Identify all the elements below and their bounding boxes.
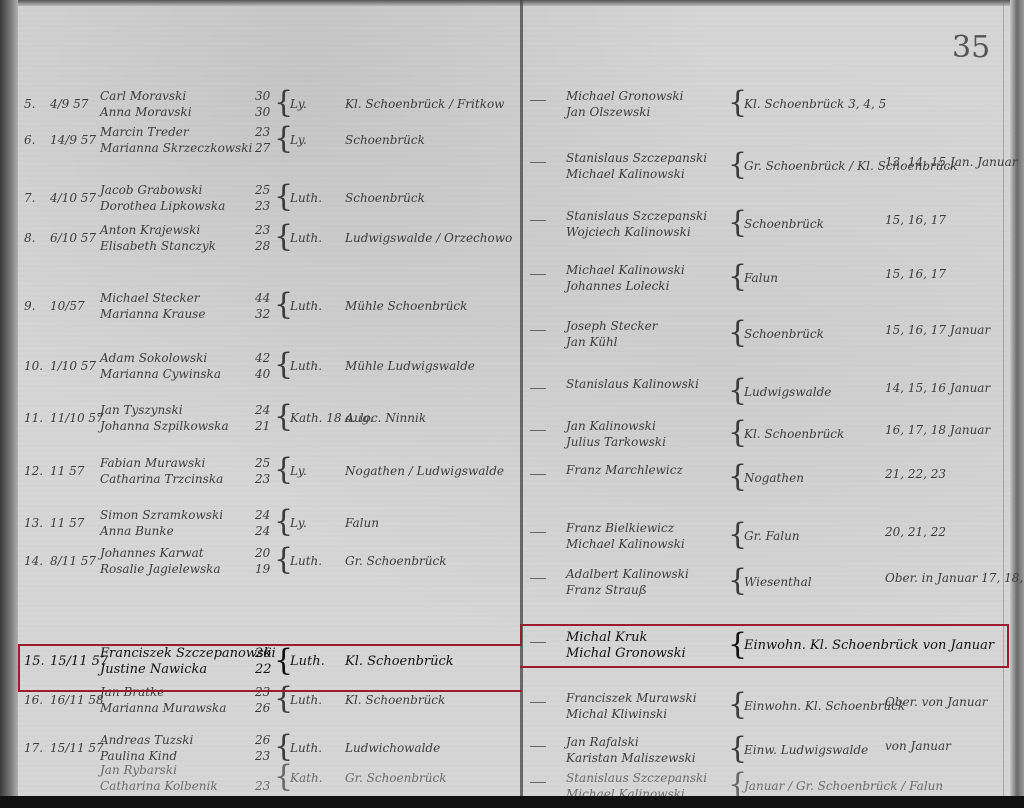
witness-1-name: Franz Marchlewicz — [566, 462, 683, 478]
religion-status: Luth. — [290, 230, 322, 246]
witness-entry: Adalbert KalinowskiFranz Strauß{Wiesenth… — [530, 566, 1000, 600]
row-dash-mark — [530, 100, 546, 101]
row-dash-mark — [530, 746, 546, 747]
witness-entry: Jan KalinowskiJulius Tarkowski{Kl. Schoe… — [530, 418, 1000, 452]
witness-1-name: Jan Rafalski — [566, 734, 639, 750]
groom-age: 23 — [255, 124, 270, 140]
entry-date: 15/11 57 — [50, 740, 104, 756]
witness-entry: Franciszek MurawskiMichal Kliwinski{Einw… — [530, 690, 1000, 724]
residence-place: Ludwigswalde / Orzechowo — [345, 230, 512, 246]
religion-status: Luth. — [290, 553, 322, 569]
register-entry: 13.11 57Simon SzramkowskiAnna Bunke2424{… — [0, 507, 510, 541]
entry-date: 11 57 — [50, 515, 84, 531]
bride-name: Johanna Szpilkowska — [100, 418, 229, 434]
entry-number: 17. — [24, 740, 43, 756]
groom-age: 25 — [255, 455, 270, 471]
groom-name: Franciszek Szczepanowski — [100, 646, 276, 662]
banns-note: Einw. Ludwigswalde — [744, 742, 868, 758]
witness-2-name: Franz Strauß — [566, 582, 647, 598]
banns-note: Schoenbrück — [744, 326, 824, 342]
entry-date: 16/11 58 — [50, 692, 104, 708]
entry-number: 8. — [24, 230, 35, 246]
banns-dates: 15, 16, 17 — [885, 212, 946, 228]
bride-age: 40 — [255, 366, 270, 382]
bride-name: Marianna Krause — [100, 306, 205, 322]
witness-entry-highlighted: Michal KrukMichal Gronowski{Einwohn. Kl.… — [530, 630, 1000, 664]
witness-2-name: Michael Kalinowski — [566, 166, 685, 182]
banns-note: Schoenbrück — [744, 216, 824, 232]
bride-age: 19 — [255, 561, 270, 577]
entry-date: 10/57 — [50, 298, 85, 314]
groom-name: Anton Krajewski — [100, 222, 200, 238]
witness-2-name: Michael Kalinowski — [566, 536, 685, 552]
bride-age: 26 — [255, 700, 270, 716]
witness-entry: Michael KalinowskiJohannes Lolecki{Falun… — [530, 262, 1000, 296]
bride-name: Dorothea Lipkowska — [100, 198, 225, 214]
groom-age: 42 — [255, 350, 270, 366]
witness-1-name: Stanislaus Szczepanski — [566, 150, 707, 166]
religion-status: Ly. — [290, 96, 307, 112]
residence-place: Ludwichowalde — [345, 740, 440, 756]
residence-place: Schoenbrück — [345, 190, 425, 206]
bride-name: Anna Moravski — [100, 104, 192, 120]
register-entry: 11.11/10 57Jan TyszynskiJohanna Szpilkow… — [0, 402, 510, 436]
banns-note: Gr. Falun — [744, 528, 800, 544]
witness-1-name: Michael Gronowski — [566, 88, 684, 104]
witness-2-name: Michal Kliwinski — [566, 706, 667, 722]
groom-name: Adam Sokolowski — [100, 350, 207, 366]
groom-age: 23 — [255, 684, 270, 700]
witness-entry: Franz BielkiewiczMichael Kalinowski{Gr. … — [530, 520, 1000, 554]
witness-entry: Stanislaus SzczepanskiMichael Kalinowski… — [530, 150, 1000, 184]
witness-1-name: Franciszek Murawski — [566, 690, 697, 706]
banns-note: Einwohn. Kl. Schoenbrück — [744, 698, 905, 714]
witness-1-name: Jan Kalinowski — [566, 418, 656, 434]
entry-number: 14. — [24, 553, 43, 569]
entry-date: 4/10 57 — [50, 190, 96, 206]
banns-note: Januar / Gr. Schoenbrück / Falun — [744, 778, 943, 794]
groom-age: 26 — [255, 646, 272, 662]
witness-entry: Franz Marchlewicz{Nogathen21, 22, 23 — [530, 462, 1000, 496]
bride-name: Marianna Cywinska — [100, 366, 221, 382]
bride-name: Catharina Trzcinska — [100, 471, 223, 487]
bride-age: 24 — [255, 523, 270, 539]
banns-dates: 16, 17, 18 Januar — [885, 422, 990, 438]
entry-date: 1/10 57 — [50, 358, 96, 374]
page-top-edge — [0, 0, 1024, 6]
register-entry: 6.14/9 57Marcin TrederMarianna Skrzeczko… — [0, 124, 510, 158]
register-entry: 17.15/11 57Andreas TuzskiPaulina Kind262… — [0, 732, 510, 766]
witness-2-name: Michal Gronowski — [566, 646, 686, 662]
residence-place: Gr. Schoenbrück — [345, 553, 447, 569]
entry-date: 6/10 57 — [50, 230, 96, 246]
entry-date: 14/9 57 — [50, 132, 96, 148]
religion-status: Luth. — [290, 358, 322, 374]
bride-name: Catharina Kolbenik — [100, 778, 218, 794]
entry-number: 5. — [24, 96, 35, 112]
groom-age: 24 — [255, 402, 270, 418]
religion-status: Luth. — [290, 692, 322, 708]
entry-number: 6. — [24, 132, 35, 148]
groom-name: Carl Moravski — [100, 88, 186, 104]
row-dash-mark — [530, 642, 546, 643]
entry-date: 11 57 — [50, 463, 84, 479]
witness-1-name: Stanislaus Szczepanski — [566, 208, 707, 224]
register-entry-highlighted: 15.15/11 57Franciszek SzczepanowskiJusti… — [0, 646, 510, 680]
groom-name: Andreas Tuzski — [100, 732, 193, 748]
groom-name: Michael Stecker — [100, 290, 199, 306]
row-dash-mark — [530, 162, 546, 163]
groom-name: Jan Rybarski — [100, 762, 177, 778]
bride-age: 30 — [255, 104, 270, 120]
register-entry: 9.10/57Michael SteckerMarianna Krause443… — [0, 290, 510, 324]
banns-dates: 20, 21, 22 — [885, 524, 946, 540]
bride-age: 28 — [255, 238, 270, 254]
entry-number: 12. — [24, 463, 43, 479]
religion-status: Ly. — [290, 463, 307, 479]
bride-age: 23 — [255, 778, 270, 794]
register-entry: 8.6/10 57Anton KrajewskiElisabeth Stancz… — [0, 222, 510, 256]
witness-2-name: Jan Olszewski — [566, 104, 650, 120]
witness-entry: Jan RafalskiKaristan Maliszewski{Einw. L… — [530, 734, 1000, 768]
witness-2-name: Johannes Lolecki — [566, 278, 669, 294]
witness-1-name: Joseph Stecker — [566, 318, 658, 334]
banns-note: Kl. Schoenbrück 3, 4, 5 — [744, 96, 886, 112]
margin-ruling-line — [1003, 0, 1004, 800]
banns-note: Wiesenthal — [744, 574, 812, 590]
entry-date: 8/11 57 — [50, 553, 96, 569]
residence-place: Falun — [345, 515, 379, 531]
witness-entry: Joseph SteckerJan Kühl{Schoenbrück15, 16… — [530, 318, 1000, 352]
groom-age: 24 — [255, 507, 270, 523]
banns-note: Einwohn. Kl. Schoenbrück von Januar — [744, 638, 994, 654]
register-entry: 12.11 57Fabian MurawskiCatharina Trzcins… — [0, 455, 510, 489]
banns-dates: Ober. in Januar 17, 18, 19 — [885, 570, 1024, 586]
row-dash-mark — [530, 220, 546, 221]
groom-age: 20 — [255, 545, 270, 561]
row-dash-mark — [530, 782, 546, 783]
groom-name: Jan Bratke — [100, 684, 164, 700]
bride-name: Elisabeth Stanczyk — [100, 238, 216, 254]
row-dash-mark — [530, 274, 546, 275]
row-dash-mark — [530, 532, 546, 533]
groom-age: 23 — [255, 222, 270, 238]
witness-1-name: Adalbert Kalinowski — [566, 566, 689, 582]
residence-place: Kl. Schoenbrück / Fritkow — [345, 96, 504, 112]
row-dash-mark — [530, 474, 546, 475]
register-entry: 5.4/9 57Carl MoravskiAnna Moravski3030{L… — [0, 88, 510, 122]
entry-number: 11. — [24, 410, 43, 426]
entry-number: 9. — [24, 298, 35, 314]
witness-1-name: Franz Bielkiewicz — [566, 520, 674, 536]
religion-status: Ly. — [290, 515, 307, 531]
page-right-edge — [1010, 0, 1024, 802]
bride-name: Anna Bunke — [100, 523, 174, 539]
entry-number: 16. — [24, 692, 43, 708]
bride-age: 22 — [255, 662, 272, 678]
residence-place: Mühle Ludwigswalde — [345, 358, 475, 374]
religion-status: Luth. — [290, 298, 322, 314]
book-gutter-divider — [520, 0, 523, 800]
bride-age: 32 — [255, 306, 270, 322]
banns-dates: 15, 16, 17 Januar — [885, 322, 990, 338]
witness-2-name: Jan Kühl — [566, 334, 618, 350]
row-dash-mark — [530, 702, 546, 703]
register-entry: 7.4/10 57Jacob GrabowskiDorothea Lipkows… — [0, 182, 510, 216]
religion-status: Luth. — [290, 740, 322, 756]
row-dash-mark — [530, 430, 546, 431]
banns-note: Ludwigswalde — [744, 384, 831, 400]
residence-place: Nogathen / Ludwigswalde — [345, 463, 504, 479]
row-dash-mark — [530, 330, 546, 331]
witness-1-name: Stanislaus Szczepanski — [566, 770, 707, 786]
banns-dates: Ober. von Januar — [885, 694, 988, 710]
witness-2-name: Julius Tarkowski — [566, 434, 666, 450]
witness-1-name: Stanislaus Kalinowski — [566, 376, 699, 392]
banns-dates: 15, 16, 17 — [885, 266, 946, 282]
residence-place: Kl. Schoenbrück — [345, 654, 454, 670]
bride-age: 27 — [255, 140, 270, 156]
register-entry: 14.8/11 57Johannes KarwatRosalie Jagiele… — [0, 545, 510, 579]
page-bottom-edge — [0, 796, 1024, 808]
groom-name: Simon Szramkowski — [100, 507, 223, 523]
entry-date: 11/10 57 — [50, 410, 104, 426]
bride-age: 23 — [255, 471, 270, 487]
entry-date: 4/9 57 — [50, 96, 88, 112]
entry-number: 10. — [24, 358, 43, 374]
banns-dates: 13, 14, 15 Jan. Januar — [885, 154, 1018, 170]
residence-place: Gr. Schoenbrück — [345, 770, 447, 786]
witness-1-name: Michael Kalinowski — [566, 262, 685, 278]
groom-age: 26 — [255, 732, 270, 748]
banns-dates: 21, 22, 23 — [885, 466, 946, 482]
groom-name: Jacob Grabowski — [100, 182, 202, 198]
register-entry: 16.16/11 58Jan BratkeMarianna Murawska23… — [0, 684, 510, 718]
entry-number: 7. — [24, 190, 35, 206]
witness-2-name: Karistan Maliszewski — [566, 750, 696, 766]
groom-name: Jan Tyszynski — [100, 402, 183, 418]
groom-name: Fabian Murawski — [100, 455, 205, 471]
religion-status: Kath. — [290, 770, 322, 786]
row-dash-mark — [530, 388, 546, 389]
groom-age: 25 — [255, 182, 270, 198]
residence-place: Kl. Schoenbrück — [345, 692, 445, 708]
religion-status: Luth. — [290, 654, 325, 670]
groom-name: Marcin Treder — [100, 124, 189, 140]
banns-note: Nogathen — [744, 470, 804, 486]
banns-dates: 14, 15, 16 Januar — [885, 380, 990, 396]
bride-age: 23 — [255, 198, 270, 214]
witness-entry: Michael GronowskiJan Olszewski{Kl. Schoe… — [530, 88, 1000, 122]
register-book-scan: 35 5.4/9 57Carl MoravskiAnna Moravski303… — [0, 0, 1024, 802]
groom-age: 30 — [255, 88, 270, 104]
religion-status: Ly. — [290, 132, 307, 148]
entry-number: 15. — [24, 654, 45, 670]
banns-note: Kl. Schoenbrück — [744, 426, 844, 442]
page-number: 35 — [952, 30, 990, 65]
witness-2-name: Wojciech Kalinowski — [566, 224, 691, 240]
witness-entry: Stanislaus Kalinowski{Ludwigswalde14, 15… — [530, 376, 1000, 410]
banns-dates: von Januar — [885, 738, 951, 754]
bride-name: Justine Nawicka — [100, 662, 207, 678]
residence-place: Mühle Schoenbrück — [345, 298, 467, 314]
groom-age: 44 — [255, 290, 270, 306]
witness-1-name: Michal Kruk — [566, 630, 647, 646]
banns-note: Falun — [744, 270, 778, 286]
bride-name: Rosalie Jagielewska — [100, 561, 221, 577]
register-entry: 10.1/10 57Adam SokolowskiMarianna Cywins… — [0, 350, 510, 384]
residence-place: a. loc. Ninnik — [345, 410, 426, 426]
groom-name: Johannes Karwat — [100, 545, 204, 561]
bride-name: Marianna Murawska — [100, 700, 226, 716]
row-dash-mark — [530, 578, 546, 579]
witness-entry: Stanislaus SzczepanskiWojciech Kalinowsk… — [530, 208, 1000, 242]
bride-age: 21 — [255, 418, 270, 434]
register-entry: Jan RybarskiCatharina Kolbenik23{Kath.Gr… — [0, 762, 510, 796]
bride-name: Marianna Skrzeczkowski — [100, 140, 252, 156]
residence-place: Schoenbrück — [345, 132, 425, 148]
religion-status: Luth. — [290, 190, 322, 206]
entry-number: 13. — [24, 515, 43, 531]
